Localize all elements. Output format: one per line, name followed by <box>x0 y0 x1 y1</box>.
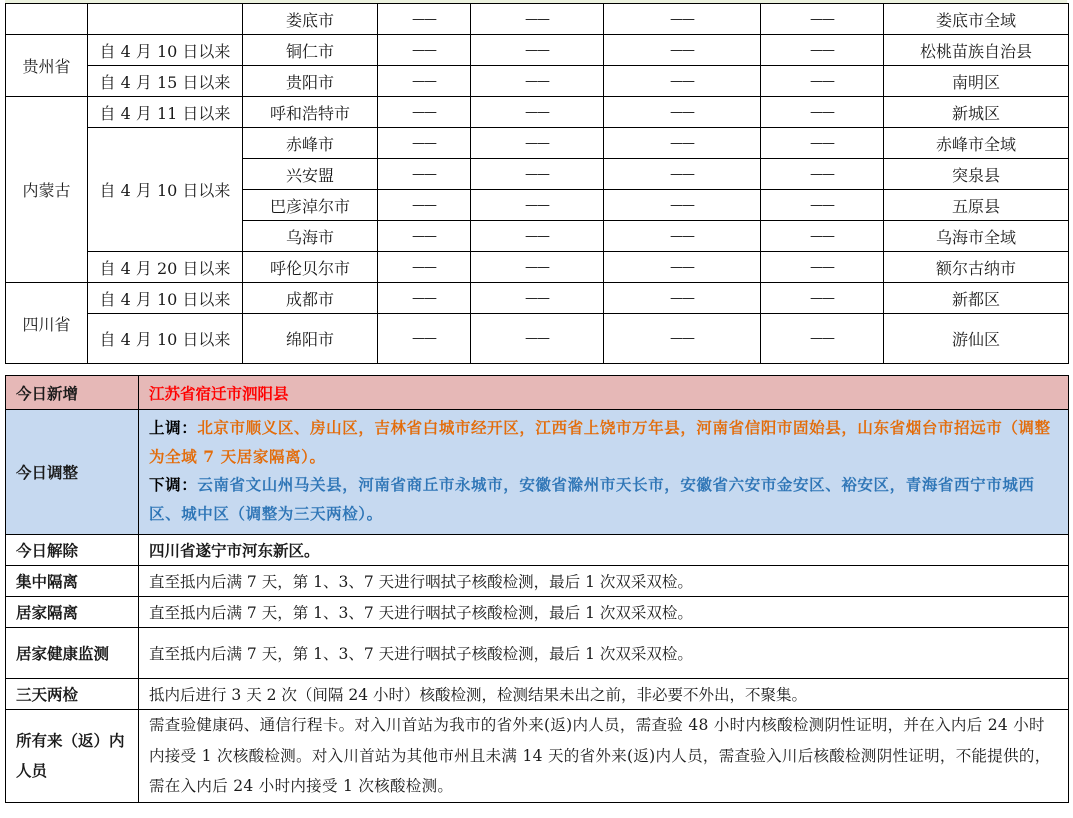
three-days-two-tests-value: 抵内后进行 3 天 2 次（间隔 24 小时）核酸检测，检测结果未出之前，非必要… <box>139 679 1069 710</box>
dash-cell: —— <box>761 190 884 221</box>
dash-cell: —— <box>471 66 604 97</box>
province-cell: 贵州省 <box>6 35 88 97</box>
dash-cell: —— <box>471 128 604 159</box>
dash-cell: —— <box>471 283 604 314</box>
dash-cell: —— <box>378 128 471 159</box>
table-row: 四川省 自 4 月 10 日以来 成都市 —— —— —— —— 新都区 <box>6 283 1069 314</box>
table-row: 自 4 月 10 日以来 绵阳市 —— —— —— —— 游仙区 <box>6 314 1069 364</box>
home-quarantine-label: 居家隔离 <box>6 597 139 628</box>
since-cell: 自 4 月 10 日以来 <box>88 314 243 364</box>
area-cell: 松桃苗族自治县 <box>884 35 1069 66</box>
city-cell: 成都市 <box>243 283 378 314</box>
dash-cell: —— <box>471 4 604 35</box>
area-cell: 五原县 <box>884 190 1069 221</box>
new-today-value: 江苏省宿迁市泗阳县 <box>139 376 1069 410</box>
all-arrivals-row: 所有来（返）内人员 需查验健康码、通信行程卡。对入川首站为我市的省外来(返)内人… <box>6 710 1069 803</box>
area-cell: 赤峰市全域 <box>884 128 1069 159</box>
city-cell: 呼和浩特市 <box>243 97 378 128</box>
three-days-two-tests-label: 三天两检 <box>6 679 139 710</box>
since-cell <box>88 4 243 35</box>
table-row: 娄底市 —— —— —— —— 娄底市全域 <box>6 4 1069 35</box>
central-quarantine-row: 集中隔离 直至抵内后满 7 天，第 1、3、7 天进行咽拭子核酸检测，最后 1 … <box>6 566 1069 597</box>
city-cell: 巴彦淖尔市 <box>243 190 378 221</box>
adjust-today-row: 今日调整 上调：北京市顺义区、房山区，吉林省白城市经开区，江西省上饶市万年县，河… <box>6 410 1069 535</box>
dash-cell: —— <box>761 252 884 283</box>
since-cell: 自 4 月 10 日以来 <box>88 35 243 66</box>
province-cell: 内蒙古 <box>6 97 88 283</box>
upgrade-tag: 上调： <box>149 418 197 437</box>
area-cell: 游仙区 <box>884 314 1069 364</box>
table-row: 贵州省 自 4 月 10 日以来 铜仁市 —— —— —— —— 松桃苗族自治县 <box>6 35 1069 66</box>
dash-cell: —— <box>604 4 761 35</box>
dash-cell: —— <box>378 4 471 35</box>
table-row: 自 4 月 20 日以来 呼伦贝尔市 —— —— —— —— 额尔古纳市 <box>6 252 1069 283</box>
dash-cell: —— <box>761 97 884 128</box>
central-quarantine-label: 集中隔离 <box>6 566 139 597</box>
home-quarantine-row: 居家隔离 直至抵内后满 7 天，第 1、3、7 天进行咽拭子核酸检测，最后 1 … <box>6 597 1069 628</box>
dash-cell: —— <box>471 314 604 364</box>
dash-cell: —— <box>471 159 604 190</box>
dash-cell: —— <box>604 314 761 364</box>
dash-cell: —— <box>471 252 604 283</box>
lifted-today-label: 今日解除 <box>6 535 139 566</box>
city-cell: 娄底市 <box>243 4 378 35</box>
area-cell: 新城区 <box>884 97 1069 128</box>
dash-cell: —— <box>378 66 471 97</box>
dash-cell: —— <box>761 66 884 97</box>
home-health-monitoring-row: 居家健康监测 直至抵内后满 7 天，第 1、3、7 天进行咽拭子核酸检测，最后 … <box>6 628 1069 679</box>
risk-area-table: 娄底市 —— —— —— —— 娄底市全域 贵州省 自 4 月 10 日以来 铜… <box>5 3 1069 364</box>
dash-cell: —— <box>378 314 471 364</box>
dash-cell: —— <box>604 221 761 252</box>
dash-cell: —— <box>761 159 884 190</box>
dash-cell: —— <box>761 35 884 66</box>
dash-cell: —— <box>378 159 471 190</box>
dash-cell: —— <box>761 283 884 314</box>
city-cell: 贵阳市 <box>243 66 378 97</box>
dash-cell: —— <box>604 283 761 314</box>
city-cell: 绵阳市 <box>243 314 378 364</box>
three-days-two-tests-row: 三天两检 抵内后进行 3 天 2 次（间隔 24 小时）核酸检测，检测结果未出之… <box>6 679 1069 710</box>
lifted-today-value: 四川省遂宁市河东新区。 <box>139 535 1069 566</box>
since-cell: 自 4 月 10 日以来 <box>88 128 243 252</box>
dash-cell: —— <box>604 252 761 283</box>
upgrade-text: 北京市顺义区、房山区，吉林省白城市经开区，江西省上饶市万年县，河南省信阳市固始县… <box>149 418 1051 466</box>
dash-cell: —— <box>761 128 884 159</box>
dash-cell: —— <box>761 221 884 252</box>
dash-cell: —— <box>604 159 761 190</box>
dash-cell: —— <box>471 35 604 66</box>
area-cell: 突泉县 <box>884 159 1069 190</box>
new-today-row: 今日新增 江苏省宿迁市泗阳县 <box>6 376 1069 410</box>
since-cell: 自 4 月 15 日以来 <box>88 66 243 97</box>
table-row: 自 4 月 10 日以来 赤峰市 —— —— —— —— 赤峰市全域 <box>6 128 1069 159</box>
dash-cell: —— <box>604 97 761 128</box>
all-arrivals-value: 需查验健康码、通信行程卡。对入川首站为我市的省外来(返)内人员，需查验 48 小… <box>139 710 1069 803</box>
dash-cell: —— <box>604 35 761 66</box>
dash-cell: —— <box>471 221 604 252</box>
area-cell: 南明区 <box>884 66 1069 97</box>
all-arrivals-label: 所有来（返）内人员 <box>6 710 139 803</box>
home-quarantine-value: 直至抵内后满 7 天，第 1、3、7 天进行咽拭子核酸检测，最后 1 次双采双检… <box>139 597 1069 628</box>
dash-cell: —— <box>604 128 761 159</box>
lifted-today-row: 今日解除 四川省遂宁市河东新区。 <box>6 535 1069 566</box>
table-row: 自 4 月 15 日以来 贵阳市 —— —— —— —— 南明区 <box>6 66 1069 97</box>
area-cell: 乌海市全域 <box>884 221 1069 252</box>
city-cell: 呼伦贝尔市 <box>243 252 378 283</box>
adjust-today-label: 今日调整 <box>6 410 139 535</box>
since-cell: 自 4 月 20 日以来 <box>88 252 243 283</box>
city-cell: 赤峰市 <box>243 128 378 159</box>
new-today-label: 今日新增 <box>6 376 139 410</box>
dash-cell: —— <box>378 190 471 221</box>
dash-cell: —— <box>471 190 604 221</box>
city-cell: 兴安盟 <box>243 159 378 190</box>
table-row: 内蒙古 自 4 月 11 日以来 呼和浩特市 —— —— —— —— 新城区 <box>6 97 1069 128</box>
dash-cell: —— <box>378 35 471 66</box>
since-cell: 自 4 月 10 日以来 <box>88 283 243 314</box>
policy-notes-table: 今日新增 江苏省宿迁市泗阳县 今日调整 上调：北京市顺义区、房山区，吉林省白城市… <box>5 375 1069 803</box>
downgrade-text: 云南省文山州马关县，河南省商丘市永城市，安徽省滁州市天长市，安徽省六安市金安区、… <box>149 475 1035 523</box>
dash-cell: —— <box>761 4 884 35</box>
area-cell: 额尔古纳市 <box>884 252 1069 283</box>
city-cell: 乌海市 <box>243 221 378 252</box>
central-quarantine-value: 直至抵内后满 7 天，第 1、3、7 天进行咽拭子核酸检测，最后 1 次双采双检… <box>139 566 1069 597</box>
dash-cell: —— <box>604 66 761 97</box>
area-cell: 新都区 <box>884 283 1069 314</box>
dash-cell: —— <box>378 97 471 128</box>
downgrade-tag: 下调： <box>149 475 197 494</box>
area-cell: 娄底市全域 <box>884 4 1069 35</box>
province-cell: 四川省 <box>6 283 88 364</box>
dash-cell: —— <box>471 97 604 128</box>
dash-cell: —— <box>378 283 471 314</box>
dash-cell: —— <box>761 314 884 364</box>
home-health-monitoring-label: 居家健康监测 <box>6 628 139 679</box>
province-cell <box>6 4 88 35</box>
city-cell: 铜仁市 <box>243 35 378 66</box>
dash-cell: —— <box>604 190 761 221</box>
dash-cell: —— <box>378 252 471 283</box>
dash-cell: —— <box>378 221 471 252</box>
adjust-today-value: 上调：北京市顺义区、房山区，吉林省白城市经开区，江西省上饶市万年县，河南省信阳市… <box>139 410 1069 535</box>
home-health-monitoring-value: 直至抵内后满 7 天，第 1、3、7 天进行咽拭子核酸检测，最后 1 次双采双检… <box>139 628 1069 679</box>
since-cell: 自 4 月 11 日以来 <box>88 97 243 128</box>
